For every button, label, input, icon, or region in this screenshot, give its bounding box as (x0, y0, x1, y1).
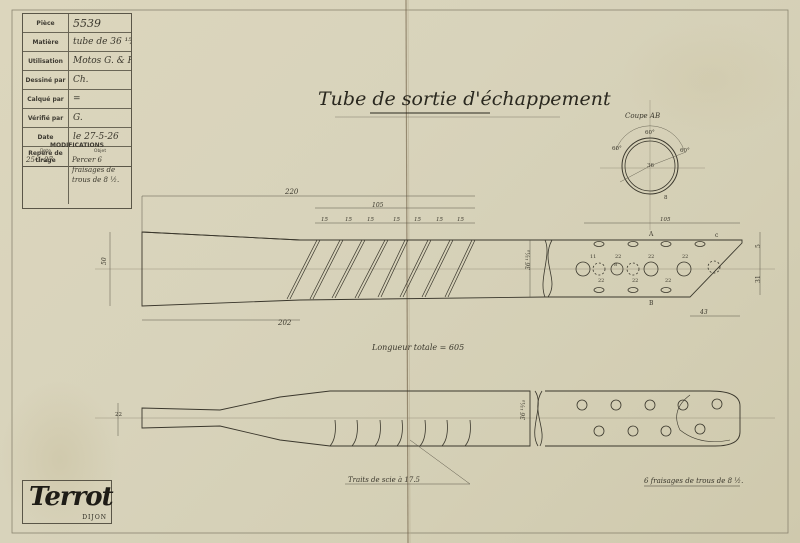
modifications-object-header: Objet (69, 149, 131, 154)
dim-105: 105 (372, 202, 384, 209)
section-dim-right: 60° (680, 148, 690, 154)
logo-city: DIJON (82, 514, 107, 521)
dim-tube-dia-bottom: 36 ¹⁵⁄₁₀ (520, 399, 527, 420)
hole-dia: 8 (614, 262, 617, 268)
modifications-block: MODIFICATIONS Date 25-1-27 Objet Percer … (22, 140, 132, 209)
dim-202: 202 (277, 319, 292, 327)
dim-43: 43 (699, 309, 708, 316)
label-a: A (648, 231, 654, 238)
dim-31: 31 (755, 275, 762, 283)
section-dim-bottom: 8 (664, 195, 668, 201)
modifications-date-header: Date (23, 149, 68, 154)
hole-pitch-top-2: 22 (615, 254, 621, 260)
title-row-checked-by: Vérifié parG. (23, 109, 131, 128)
title-row-piece: Pièce5539 (23, 14, 131, 33)
title-row-material: Matièretube de 36 ¹⁵⁄₁₀ (23, 33, 131, 52)
label-c: c (715, 232, 719, 239)
dim-pitch-6: 15 (436, 217, 443, 223)
drawing-sheet: Tube de sortie d'échappement Coupe AB 60… (0, 0, 800, 543)
dim-pitch-7: 15 (457, 217, 464, 223)
hole-pitch-bot-2: 22 (632, 278, 638, 284)
hole-pitch-top-3: 22 (648, 254, 654, 260)
section-dim-top: 60° (645, 130, 655, 136)
title-row-usage: UtilisationMotos G. & H. (23, 52, 131, 71)
dim-right-105: 105 (660, 217, 671, 223)
modifications-object-line2: trous de 8 ½. (69, 175, 131, 185)
dim-pitch-1: 15 (321, 217, 328, 223)
dim-pitch-3: 15 (367, 217, 374, 223)
title-row-traced-by: Calqué par= (23, 90, 131, 109)
dim-tube-dia-top: 36 ¹⁵⁄₁₀ (525, 249, 532, 270)
modifications-title: MODIFICATIONS (23, 140, 131, 149)
drawing-title: Tube de sortie d'échappement (318, 88, 611, 110)
logo-brand: Terrot (29, 482, 113, 512)
dim-pitch-2: 15 (345, 217, 352, 223)
dim-50: 50 (101, 257, 108, 265)
hole-pitch-top-1: 11 (590, 254, 596, 260)
terrot-logo: Terrot DIJON (22, 480, 112, 524)
hole-pitch-bot-1: 22 (598, 278, 604, 284)
overall-length-note: Longueur totale = 605 (371, 343, 464, 352)
section-label: Coupe AB (625, 112, 660, 120)
dim-pitch-5: 15 (414, 217, 421, 223)
hole-pitch-bot-3: 22 (665, 278, 671, 284)
modifications-object-line1: Percer 6 fraisages de (69, 155, 131, 175)
hole-pitch-top-4: 22 (682, 254, 688, 260)
dim-220: 220 (284, 188, 299, 196)
title-row-drawn-by: Dessiné parCh. (23, 71, 131, 90)
note-saw-cuts: Traits de scie à 17.5 (348, 476, 421, 484)
note-holes: 6 fraisages de trous de 8 ½. (644, 477, 743, 485)
section-dim-diameter: 36 (647, 163, 654, 169)
label-b: B (649, 300, 654, 307)
dim-5: 5 (755, 244, 762, 248)
dim-pitch-4: 15 (393, 217, 400, 223)
section-dim-left: 60° (612, 146, 622, 152)
dim-bottom-left: 22 (115, 412, 122, 418)
modifications-date-value: 25-1-27 (23, 155, 68, 165)
